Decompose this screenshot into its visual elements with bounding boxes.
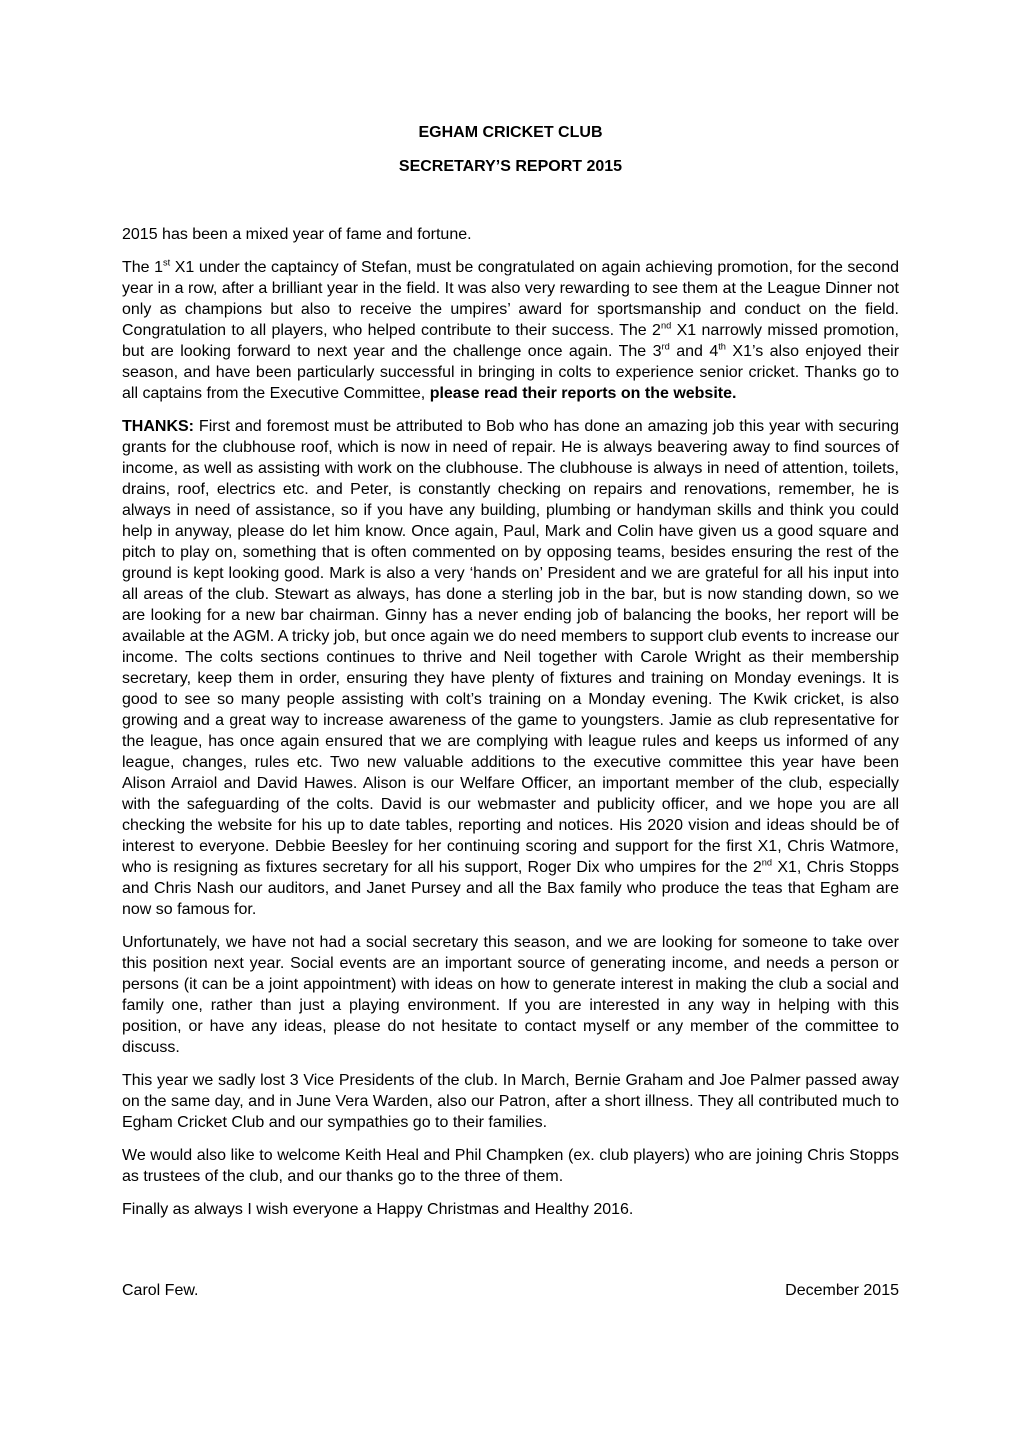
author-name: Carol Few. (122, 1280, 198, 1301)
paragraph-teams: The 1st X1 under the captaincy of Stefan… (122, 257, 899, 404)
paragraph-trustees: We would also like to welcome Keith Heal… (122, 1145, 899, 1187)
paragraph-vice-presidents: This year we sadly lost 3 Vice President… (122, 1070, 899, 1133)
paragraph-closing: Finally as always I wish everyone a Happ… (122, 1199, 899, 1220)
document-subtitle: SECRETARY’S REPORT 2015 (122, 156, 899, 177)
paragraph-social-secretary: Unfortunately, we have not had a social … (122, 932, 899, 1058)
paragraph-intro: 2015 has been a mixed year of fame and f… (122, 224, 899, 245)
document-page: EGHAM CRICKET CLUB SECRETARY’S REPORT 20… (0, 0, 1020, 1443)
document-date: December 2015 (785, 1280, 899, 1301)
signature-row: Carol Few. December 2015 (122, 1280, 899, 1301)
paragraph-thanks: THANKS: First and foremost must be attri… (122, 416, 899, 920)
document-body: 2015 has been a mixed year of fame and f… (122, 224, 899, 1220)
document-title: EGHAM CRICKET CLUB (122, 122, 899, 143)
